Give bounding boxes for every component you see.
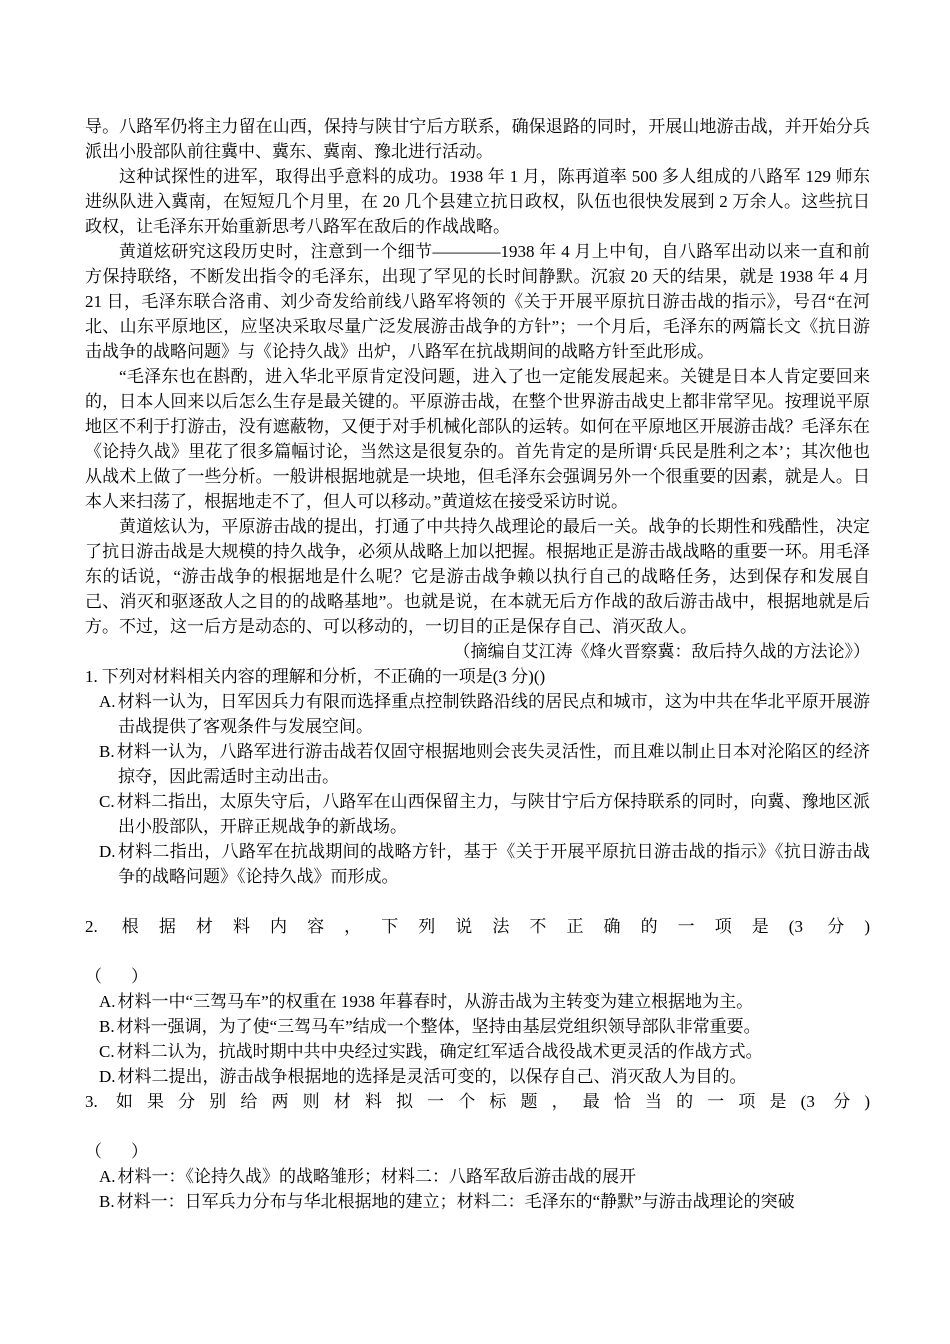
passage-paragraph-2: 这种试探性的进军，取得出乎意料的成功。1938 年 1 月，陈再道率 500 多… xyxy=(85,164,870,239)
question-2-stem-text: 根据材料内容，下列说法不正确的一项是(3 分) xyxy=(102,917,870,936)
question-3: 3.如果分别给两则材料拟一个标题，最恰当的一项是(3 分) （ ） A.材料一：… xyxy=(85,1089,870,1214)
option-label: A. xyxy=(99,1167,116,1186)
question-2-number: 2. xyxy=(85,917,98,936)
passage-paragraph-4: “毛泽东也在斟酌，进入华北平原肯定没问题，进入了也一定能发展起来。关键是日本人肯… xyxy=(85,364,870,514)
question-3-option-a: A.材料一：《论持久战》的战略雏形；材料二：八路军敌后游击战的展开 xyxy=(85,1164,870,1189)
option-text: 材料一：日军兵力分布与华北根据地的建立；材料二：毛泽东的“静默”与游击战理论的突… xyxy=(117,1192,795,1211)
option-label: B. xyxy=(99,1017,115,1036)
question-2-answer-parentheses: （ ） xyxy=(85,964,870,989)
exam-page: 导。八路军仍将主力留在山西，保持与陕甘宁后方联系，确保退路的同时，开展山地游击战… xyxy=(0,0,950,1344)
option-text: 材料一强调，为了使“三驾马车”结成一个整体，坚持由基层党组织领导部队非常重要。 xyxy=(117,1017,761,1036)
question-2-option-b: B.材料一强调，为了使“三驾马车”结成一个整体，坚持由基层党组织领导部队非常重要… xyxy=(85,1014,870,1039)
question-1-option-d: D.材料二指出，八路军在抗战期间的战略方针，基于《关于开展平原抗日游击战的指示》… xyxy=(85,839,870,889)
question-2: 2.根据材料内容，下列说法不正确的一项是(3 分) （ ） A.材料一中“三驾马… xyxy=(85,914,870,1089)
option-text: 材料一认为，八路军进行游击战若仅固守根据地则会丧失灵活性，而且难以制止日本对沦陷… xyxy=(117,742,870,786)
passage-paragraph-3: 黄道炫研究这段历史时，注意到一个细节————1938 年 4 月上中旬，自八路军… xyxy=(85,239,870,364)
passage-attribution: （摘编自艾江涛《烽火晋察冀：敌后持久战的方法论》） xyxy=(85,639,870,664)
option-label: D. xyxy=(99,842,116,861)
questions-section: 1.下列对材料相关内容的理解和分析，不正确的一项是(3 分)() A.材料一认为… xyxy=(85,664,870,1214)
option-label: A. xyxy=(99,992,116,1011)
reading-passage: 导。八路军仍将主力留在山西，保持与陕甘宁后方联系，确保退路的同时，开展山地游击战… xyxy=(85,114,870,664)
question-2-option-a: A.材料一中“三驾马车”的权重在 1938 年暮春时，从游击战为主转变为建立根据… xyxy=(85,989,870,1014)
question-1-option-b: B.材料一认为，八路军进行游击战若仅固守根据地则会丧失灵活性，而且难以制止日本对… xyxy=(85,739,870,789)
option-text: 材料二认为，抗战时期中共中央经过实践，确定红军适合战役战术更灵活的作战方式。 xyxy=(117,1042,763,1061)
question-3-answer-parentheses: （ ） xyxy=(85,1139,870,1164)
option-text: 材料一：《论持久战》的战略雏形；材料二：八路军敌后游击战的展开 xyxy=(118,1167,637,1186)
option-label: D. xyxy=(99,1067,116,1086)
question-1-option-c: C.材料二指出，太原失守后，八路军在山西保留主力，与陕甘宁后方保持联系的同时，向… xyxy=(85,789,870,839)
question-1-option-a: A.材料一认为，日军因兵力有限而选择重点控制铁路沿线的居民点和城市，这为中共在华… xyxy=(85,689,870,739)
question-1: 1.下列对材料相关内容的理解和分析，不正确的一项是(3 分)() A.材料一认为… xyxy=(85,664,870,889)
option-label: A. xyxy=(99,692,116,711)
option-label: C. xyxy=(99,792,115,811)
option-text: 材料二指出，八路军在抗战期间的战略方针，基于《关于开展平原抗日游击战的指示》《抗… xyxy=(118,842,870,886)
option-label: C. xyxy=(99,1042,115,1061)
question-2-stem: 2.根据材料内容，下列说法不正确的一项是(3 分) xyxy=(85,914,870,939)
question-1-stem: 1.下列对材料相关内容的理解和分析，不正确的一项是(3 分)() xyxy=(85,664,870,689)
question-2-option-d: D.材料二提出，游击战争根据地的选择是灵活可变的，以保存自己、消灭敌人为目的。 xyxy=(85,1064,870,1089)
question-3-stem-text: 如果分别给两则材料拟一个标题，最恰当的一项是(3 分) xyxy=(102,1092,870,1111)
question-3-option-b: B.材料一：日军兵力分布与华北根据地的建立；材料二：毛泽东的“静默”与游击战理论… xyxy=(85,1189,870,1214)
passage-paragraph-5: 黄道炫认为，平原游击战的提出，打通了中共持久战理论的最后一关。战争的长期性和残酷… xyxy=(85,514,870,639)
question-1-stem-text: 下列对材料相关内容的理解和分析，不正确的一项是(3 分)() xyxy=(102,667,545,686)
question-1-number: 1. xyxy=(85,667,98,686)
passage-paragraph-1: 导。八路军仍将主力留在山西，保持与陕甘宁后方联系，确保退路的同时，开展山地游击战… xyxy=(85,114,870,164)
option-label: B. xyxy=(99,1192,115,1211)
option-text: 材料一中“三驾马车”的权重在 1938 年暮春时，从游击战为主转变为建立根据地为… xyxy=(118,992,754,1011)
question-2-option-c: C.材料二认为，抗战时期中共中央经过实践，确定红军适合战役战术更灵活的作战方式。 xyxy=(85,1039,870,1064)
question-3-number: 3. xyxy=(85,1092,98,1111)
question-3-stem: 3.如果分别给两则材料拟一个标题，最恰当的一项是(3 分) xyxy=(85,1089,870,1114)
option-label: B. xyxy=(99,742,115,761)
option-text: 材料二提出，游击战争根据地的选择是灵活可变的，以保存自己、消灭敌人为目的。 xyxy=(118,1067,747,1086)
option-text: 材料二指出，太原失守后，八路军在山西保留主力，与陕甘宁后方保持联系的同时，向冀、… xyxy=(117,792,870,836)
option-text: 材料一认为，日军因兵力有限而选择重点控制铁路沿线的居民点和城市，这为中共在华北平… xyxy=(118,692,870,736)
